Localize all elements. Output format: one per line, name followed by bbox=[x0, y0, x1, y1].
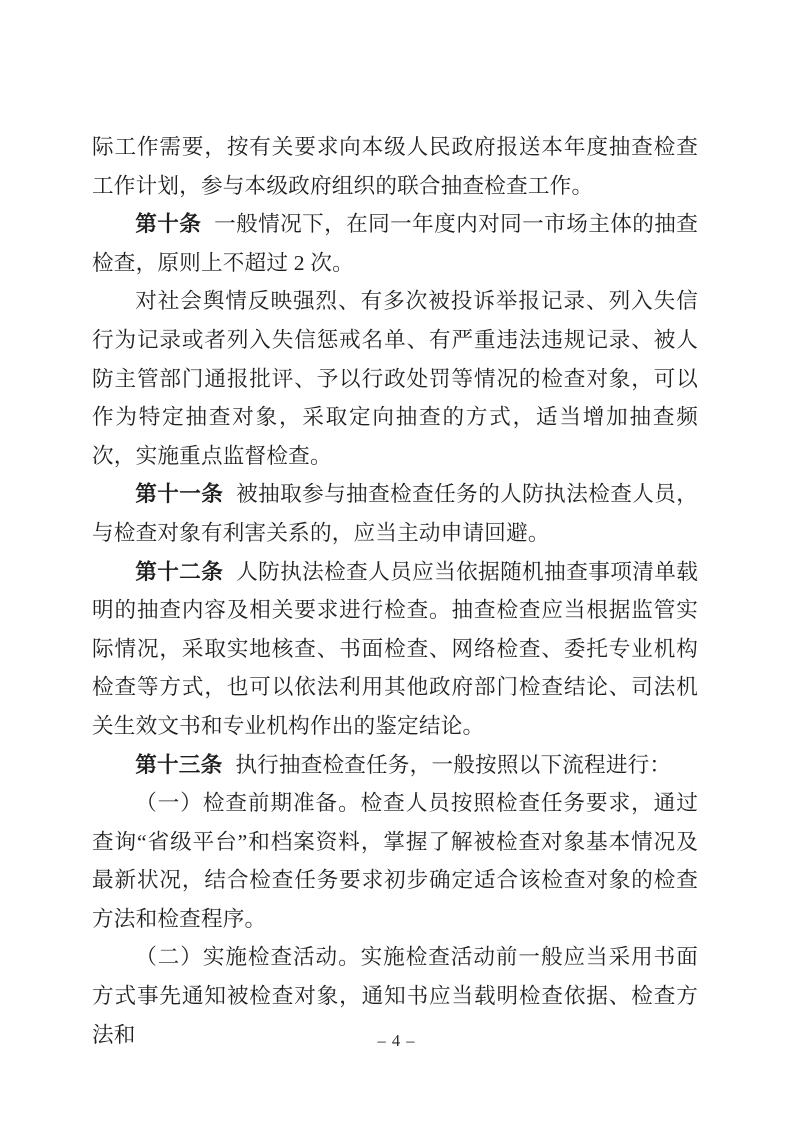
article-number: 第十条 bbox=[135, 211, 201, 236]
paragraph-article-12: 第十二条人防执法检查人员应当依据随机抽查事项清单载明的抽查内容及相关要求进行检查… bbox=[92, 553, 698, 746]
document-page: 际工作需要，按有关要求向本级人民政府报送本年度抽查检查工作计划，参与本级政府组织… bbox=[0, 0, 793, 1122]
paragraph-text: 对社会舆情反映强烈、有多次被投诉举报记录、列入失信行为记录或者列入失信惩戒名单、… bbox=[92, 289, 698, 467]
page-number: – 4 – bbox=[378, 1031, 416, 1050]
paragraph-article-10: 第十条一般情况下，在同一年度内对同一市场主体的抽查检查，原则上不超过 2 次。 bbox=[92, 205, 698, 282]
paragraph-text: 执行抽查检查任务，一般按照以下流程进行： bbox=[235, 753, 671, 777]
page-footer: – 4 – bbox=[0, 1031, 793, 1051]
paragraph-text: 人防执法检查人员应当依据随机抽查事项清单载明的抽查内容及相关要求进行检查。抽查检… bbox=[92, 560, 698, 738]
paragraph-item-1: （一）检查前期准备。检查人员按照检查任务要求，通过查询“省级平台”和档案资料，掌… bbox=[92, 784, 698, 938]
paragraph-article-13: 第十三条执行抽查检查任务，一般按照以下流程进行： bbox=[92, 746, 698, 785]
document-body: 际工作需要，按有关要求向本级人民政府报送本年度抽查检查工作计划，参与本级政府组织… bbox=[92, 128, 698, 1054]
paragraph: 对社会舆情反映强烈、有多次被投诉举报记录、列入失信行为记录或者列入失信惩戒名单、… bbox=[92, 282, 698, 475]
paragraph-text: 际工作需要，按有关要求向本级人民政府报送本年度抽查检查工作计划，参与本级政府组织… bbox=[92, 135, 698, 198]
article-number: 第十二条 bbox=[135, 559, 223, 584]
article-number: 第十一条 bbox=[135, 481, 223, 506]
article-number: 第十三条 bbox=[135, 752, 222, 777]
paragraph-text: （一）检查前期准备。检查人员按照检查任务要求，通过查询“省级平台”和档案资料，掌… bbox=[92, 791, 698, 931]
paragraph-continuation: 际工作需要，按有关要求向本级人民政府报送本年度抽查检查工作计划，参与本级政府组织… bbox=[92, 128, 698, 205]
paragraph-article-11: 第十一条被抽取参与抽查检查任务的人防执法检查人员，与检查对象有利害关系的，应当主… bbox=[92, 475, 698, 552]
